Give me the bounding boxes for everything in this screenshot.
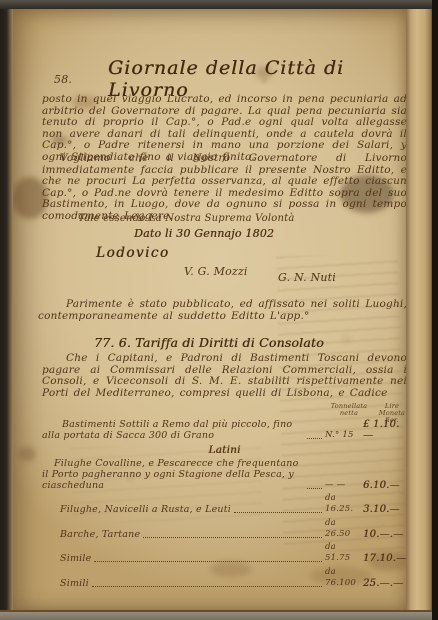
tariff-intro-paragraph: Che i Capitani, e Padroni di Bastimenti … xyxy=(42,353,407,399)
leader-dots xyxy=(307,438,322,439)
tariff-row: Barche, Tartane da 26.50 10.—.— xyxy=(42,518,407,540)
tariff-row: Filughe, Navicelli a Rusta, e Leuti da 1… xyxy=(42,493,407,515)
tariff-row-amount: 3.10.— xyxy=(363,504,407,515)
signature-sovereign: Lodovico xyxy=(96,245,170,261)
leader-dots xyxy=(92,586,322,587)
tariff-row-label: Simile xyxy=(42,553,91,564)
tariff-row-amount: 17.10.— xyxy=(363,553,407,564)
tariff-row-tonnage: da 26.50 xyxy=(325,518,363,540)
leader-dots xyxy=(307,488,322,489)
edict-date-line: Dato li 30 Gennajo 1802 xyxy=(134,227,274,240)
tariff-row-label: Bastimenti Sottili a Remo dal più piccol… xyxy=(42,419,304,441)
page-number: 58. xyxy=(54,73,72,86)
tariff-row-tonnage: — — xyxy=(325,480,363,491)
leader-dots xyxy=(143,537,322,538)
table-surface-strip xyxy=(0,610,438,620)
book-binding-edge xyxy=(0,0,13,620)
book-top-edge xyxy=(0,0,438,9)
tariff-row: Simili da 76.100 25.—.— xyxy=(42,567,407,589)
signature-secretary-mozzi: V. G. Mozzi xyxy=(184,265,248,278)
tariff-section-heading: 77. 6. Tariffa di Diritti di Consolato xyxy=(94,335,324,350)
latini-subheading: Latini xyxy=(42,444,407,456)
photo-right-border xyxy=(432,0,438,620)
edict-order-paragraph: Vogliamo che il Nostro Governatore di Li… xyxy=(42,153,407,222)
tariff-row-amount: 25.—.— xyxy=(363,578,407,589)
tariff-row-amount: 10.—.— xyxy=(363,529,407,540)
leader-dots xyxy=(234,512,322,513)
tariff-row-tonnage: da 76.100 xyxy=(325,567,363,589)
tariff-row-label: Simili xyxy=(42,578,89,589)
tariff-row-tonnage: da 16.25. xyxy=(325,493,363,515)
tariff-row: Filughe Covalline, e Pescarecce che freq… xyxy=(42,458,407,491)
tariff-row-label: Filughe, Navicelli a Rusta, e Leuti xyxy=(42,504,231,515)
tariff-row-label: Barche, Tartane xyxy=(42,529,140,540)
tariff-row-tonnage: N.° 15 xyxy=(325,430,363,441)
tariff-table: Tonnellata netta Lire Moneta fior. Basti… xyxy=(42,411,407,591)
photo-frame: 58. Giornale della Città di Livorno post… xyxy=(0,0,438,620)
manuscript-page: 58. Giornale della Città di Livorno post… xyxy=(12,9,406,610)
paper-stain xyxy=(18,447,36,461)
leader-dots xyxy=(94,561,322,562)
tonnage-column-header: Tonnellata netta xyxy=(330,403,368,425)
tariff-row: Simile da 51.75 17.10.— xyxy=(42,542,407,564)
signature-secretary-nuti: G. N. Nuti xyxy=(278,271,336,284)
page-stack-edge xyxy=(406,9,433,610)
tariff-column-headers: Tonnellata netta Lire Moneta fior. xyxy=(330,403,411,425)
tariff-row-label: Filughe Covalline, e Pescarecce che freq… xyxy=(42,458,304,491)
edict-closing-line: Tale essendo La Nostra Suprema Volontà xyxy=(78,213,295,224)
tariff-row-amount: 6.10.— xyxy=(363,480,407,491)
publication-note: Parimente è stato pubblicato, ed affissa… xyxy=(38,299,407,322)
tariff-row-tonnage: da 51.75 xyxy=(325,542,363,564)
